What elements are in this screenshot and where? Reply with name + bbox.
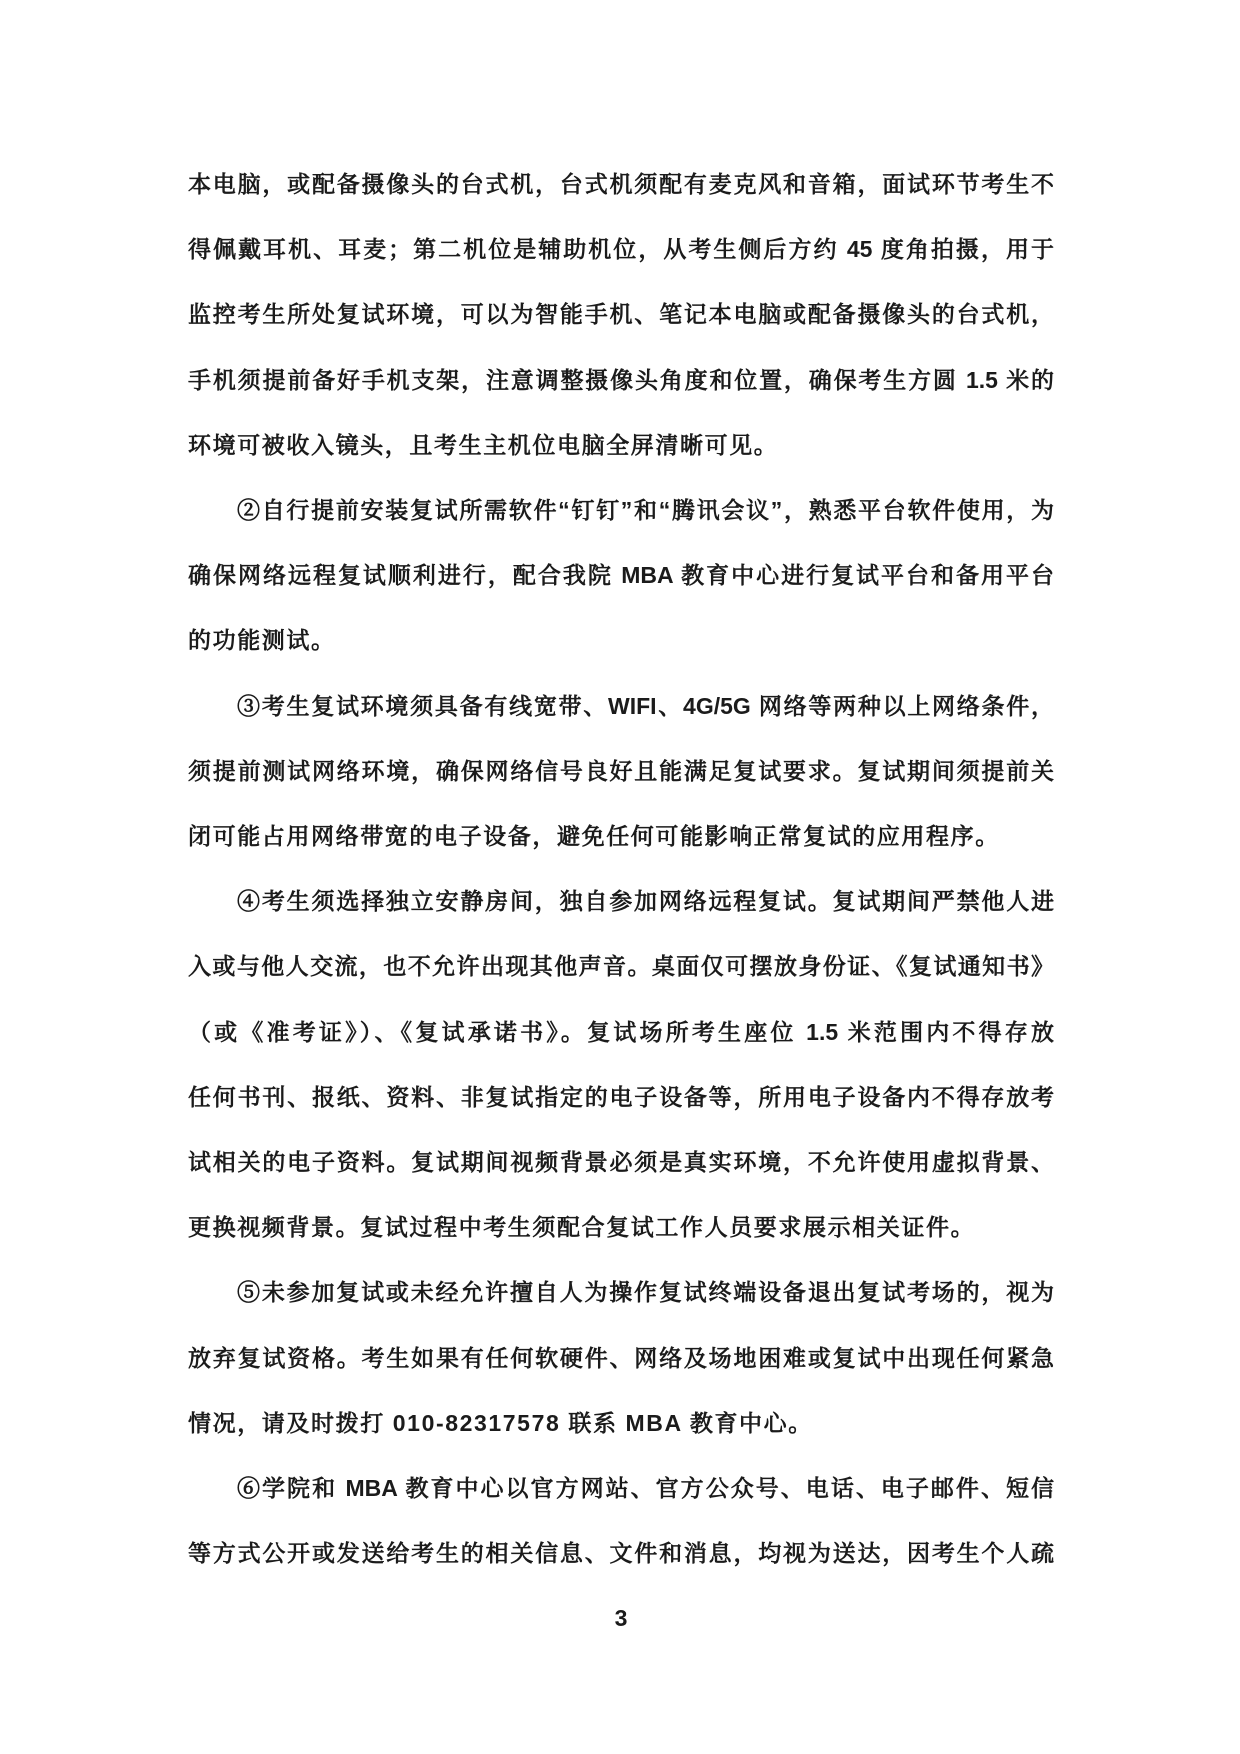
text-line: 确保网络远程复试顺利进行，配合我院 MBA 教育中心进行复试平台和备用平台 <box>188 543 1054 608</box>
text-line: ④考生须选择独立安静房间，独自参加网络远程复试。复试期间严禁他人进 <box>188 869 1054 934</box>
text-line: 任何书刊、报纸、资料、非复试指定的电子设备等，所用电子设备内不得存放考 <box>188 1065 1054 1130</box>
text-line: 情况，请及时拨打 010-82317578 联系 MBA 教育中心。 <box>188 1391 1054 1456</box>
text-line: ②自行提前安装复试所需软件“钉钉”和“腾讯会议”，熟悉平台软件使用，为 <box>188 478 1054 543</box>
text-line: 的功能测试。 <box>188 608 1054 673</box>
text-line: 更换视频背景。复试过程中考生须配合复试工作人员要求展示相关证件。 <box>188 1195 1054 1260</box>
text-line: ⑥学院和 MBA 教育中心以官方网站、官方公众号、电话、电子邮件、短信 <box>188 1456 1054 1521</box>
text-line: 等方式公开或发送给考生的相关信息、文件和消息，均视为送达，因考生个人疏 <box>188 1521 1054 1586</box>
document-page: 本电脑，或配备摄像头的台式机，台式机须配有麦克风和音箱，面试环节考生不 得佩戴耳… <box>0 0 1240 1754</box>
text-line: 试相关的电子资料。复试期间视频背景必须是真实环境，不允许使用虚拟背景、 <box>188 1130 1054 1195</box>
text-line: 放弃复试资格。考生如果有任何软硬件、网络及场地困难或复试中出现任何紧急 <box>188 1326 1054 1391</box>
text-line: 入或与他人交流，也不允许出现其他声音。桌面仅可摆放身份证、《复试通知书》 <box>188 934 1054 999</box>
text-line: 须提前测试网络环境，确保网络信号良好且能满足复试要求。复试期间须提前关 <box>188 739 1054 804</box>
text-line: 手机须提前备好手机支架，注意调整摄像头角度和位置，确保考生方圆 1.5 米的 <box>188 348 1054 413</box>
text-line: （或《准考证》）、《复试承诺书》。复试场所考生座位 1.5 米范围内不得存放 <box>188 1000 1054 1065</box>
text-line: 闭可能占用网络带宽的电子设备，避免任何可能影响正常复试的应用程序。 <box>188 804 1054 869</box>
page-number: 3 <box>188 1586 1054 1651</box>
text-line: 本电脑，或配备摄像头的台式机，台式机须配有麦克风和音箱，面试环节考生不 <box>188 152 1054 217</box>
text-line: ⑤未参加复试或未经允许擅自人为操作复试终端设备退出复试考场的，视为 <box>188 1260 1054 1325</box>
text-line: 监控考生所处复试环境，可以为智能手机、笔记本电脑或配备摄像头的台式机， <box>188 282 1054 347</box>
text-line: ③考生复试环境须具备有线宽带、WIFI、4G/5G 网络等两种以上网络条件， <box>188 674 1054 739</box>
text-line: 得佩戴耳机、耳麦；第二机位是辅助机位，从考生侧后方约 45 度角拍摄，用于 <box>188 217 1054 282</box>
document-body: 本电脑，或配备摄像头的台式机，台式机须配有麦克风和音箱，面试环节考生不 得佩戴耳… <box>188 152 1054 1586</box>
text-line: 环境可被收入镜头，且考生主机位电脑全屏清晰可见。 <box>188 413 1054 478</box>
